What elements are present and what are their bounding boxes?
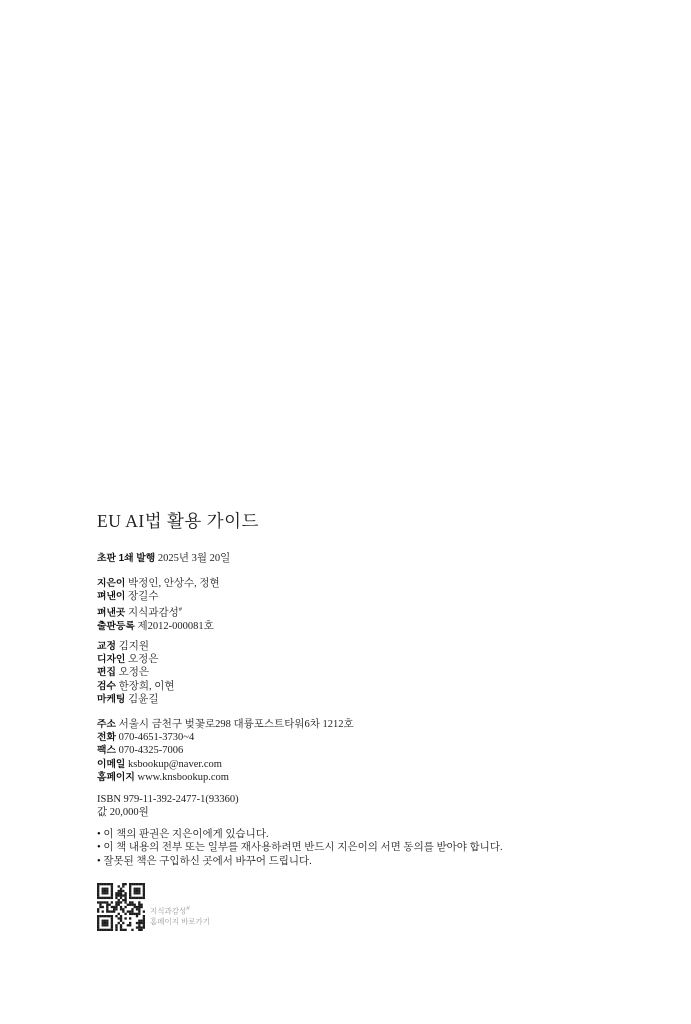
publisher-person-value: 장길수 [128, 591, 158, 602]
author-value: 박정인, 안상수, 정현 [128, 578, 220, 589]
review-label: 검수 [97, 681, 116, 692]
proofreading-label: 교정 [97, 641, 116, 652]
info-row-publisher-company: 펴낸곳 지식과감성# [97, 603, 220, 620]
qr-caption: 지식과감성# 홈페이지 바로가기 [150, 904, 210, 927]
info-row-publisher-person: 펴낸이 장길수 [97, 590, 220, 603]
info-row-review: 검수 한장희, 이현 [97, 680, 175, 693]
contact-group: 주소 서울시 금천구 벚꽃로298 대륭포스트타워6차 1212호 전화 070… [97, 718, 354, 784]
qr-caption-link-text: 홈페이지 바로가기 [150, 917, 210, 927]
publisher-person-label: 펴낸이 [97, 591, 125, 602]
price-line: 값 20,000원 [97, 806, 239, 819]
registration-label: 출판등록 [97, 621, 135, 632]
info-row-marketing: 마케팅 김윤길 [97, 693, 175, 706]
info-row-design: 디자인 오정은 [97, 653, 175, 666]
qr-caption-superscript: # [186, 905, 190, 912]
publisher-company-label: 펴낸곳 [97, 608, 125, 619]
edition-label: 초판 1쇄 발행 [97, 553, 155, 564]
notice-copyright: 이 책의 판권은 지은이에게 있습니다. [97, 828, 503, 841]
edition-line: 초판 1쇄 발행 2025년 3월 20일 [97, 552, 230, 565]
staff-group: 교정 김지원 디자인 오정은 편집 오정은 검수 한장희, 이현 마케팅 김윤길 [97, 640, 175, 706]
info-row-editing: 편집 오정은 [97, 666, 175, 679]
email-label: 이메일 [97, 759, 125, 770]
notice-reuse: 이 책 내용의 전부 또는 일부를 재사용하려면 반드시 지은이의 서면 동의를… [97, 841, 503, 854]
publisher-company-value: 지식과감성 [128, 608, 179, 619]
info-row-address: 주소 서울시 금천구 벚꽃로298 대륭포스트타워6차 1212호 [97, 718, 354, 731]
edition-value: 2025년 3월 20일 [158, 553, 230, 564]
book-title: EU AI법 활용 가이드 [97, 508, 259, 533]
author-label: 지은이 [97, 578, 125, 589]
phone-label: 전화 [97, 732, 116, 743]
fax-label: 팩스 [97, 745, 116, 756]
notices-group: 이 책의 판권은 지은이에게 있습니다. 이 책 내용의 전부 또는 일부를 재… [97, 828, 503, 868]
design-value: 오정은 [128, 654, 158, 665]
publication-info-group: 지은이 박정인, 안상수, 정현 펴낸이 장길수 펴낸곳 지식과감성# 출판등록… [97, 577, 220, 633]
address-label: 주소 [97, 719, 116, 730]
review-value: 한장희, 이현 [119, 681, 175, 692]
publisher-company-superscript: # [179, 606, 182, 613]
notice-exchange: 잘못된 책은 구입하신 곳에서 바꾸어 드립니다. [97, 855, 503, 868]
info-row-homepage: 홈페이지 www.knsbookup.com [97, 771, 354, 784]
homepage-value: www.knsbookup.com [137, 772, 228, 783]
phone-value: 070-4651-3730~4 [119, 732, 195, 743]
qr-caption-publisher: 지식과감성# [150, 904, 210, 917]
design-label: 디자인 [97, 654, 125, 665]
isbn-group: ISBN 979-11-392-2477-1(93360) 값 20,000원 [97, 793, 239, 819]
qr-code-icon [97, 883, 145, 931]
proofreading-value: 김지원 [119, 641, 149, 652]
info-row-phone: 전화 070-4651-3730~4 [97, 731, 354, 744]
info-row-author: 지은이 박정인, 안상수, 정현 [97, 577, 220, 590]
info-row-registration: 출판등록 제2012-000081호 [97, 620, 220, 633]
editing-value: 오정은 [119, 667, 149, 678]
email-value: ksbookup@naver.com [128, 759, 222, 770]
fax-value: 070-4325-7006 [119, 745, 184, 756]
editing-label: 편집 [97, 667, 116, 678]
address-value: 서울시 금천구 벚꽃로298 대륭포스트타워6차 1212호 [119, 719, 354, 730]
registration-value: 제2012-000081호 [137, 621, 213, 632]
info-row-proofreading: 교정 김지원 [97, 640, 175, 653]
isbn-line: ISBN 979-11-392-2477-1(93360) [97, 793, 239, 806]
marketing-label: 마케팅 [97, 694, 125, 705]
info-row-email: 이메일 ksbookup@naver.com [97, 758, 354, 771]
colophon-page: EU AI법 활용 가이드 초판 1쇄 발행 2025년 3월 20일 지은이 … [0, 0, 691, 1024]
homepage-label: 홈페이지 [97, 772, 135, 783]
marketing-value: 김윤길 [128, 694, 158, 705]
info-row-fax: 팩스 070-4325-7006 [97, 744, 354, 757]
